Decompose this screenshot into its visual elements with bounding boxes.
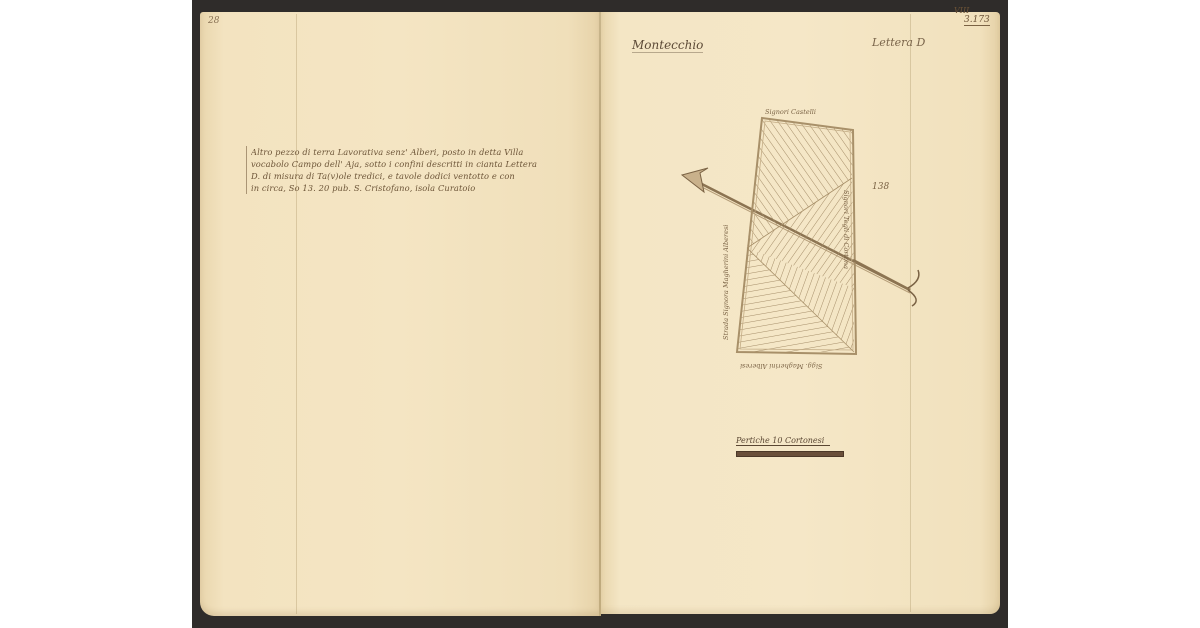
parcel-number: 138 — [872, 182, 889, 192]
parcel-description: Altro pezzo di terra Lavorativa senz' Al… — [246, 146, 561, 194]
scale-label: Pertiche 10 Cortonesi — [736, 436, 830, 446]
left-page — [200, 12, 600, 616]
scale-bar — [736, 451, 844, 457]
folio-top-mark: VIII — [954, 6, 969, 15]
right-folio: VIII 3.173 — [954, 6, 990, 26]
book-spine — [599, 12, 601, 616]
boundary-label-east: Signori Tegli di Cortona — [842, 190, 850, 269]
letter-mark: Lettera D — [872, 36, 925, 49]
parcel-drawing-icon — [660, 100, 940, 390]
place-name: Montecchio — [632, 38, 703, 53]
left-folio-number: 28 — [208, 16, 219, 26]
entry-line: in circa, So 13. 20 pub. S. Cristofano, … — [251, 182, 561, 194]
boundary-label-west: Strada Signora Magherini Alberesi — [722, 225, 730, 340]
boundary-label-south: Sigg. Magherini Alberesi — [740, 362, 822, 370]
folio-number: 3.173 — [964, 15, 990, 26]
page-fold-line — [296, 14, 297, 614]
parcel-map: Signori Castelli Signori Tegli di Corton… — [660, 100, 940, 390]
entry-line: Altro pezzo di terra Lavorativa senz' Al… — [251, 146, 561, 158]
map-scale: Pertiche 10 Cortonesi — [736, 428, 844, 457]
boundary-label-north: Signori Castelli — [765, 108, 816, 116]
entry-line: D. di misura di Ta(v)ole tredici, e tavo… — [251, 170, 561, 182]
entry-line: vocabolo Campo dell' Aja, sotto i confin… — [251, 158, 561, 170]
